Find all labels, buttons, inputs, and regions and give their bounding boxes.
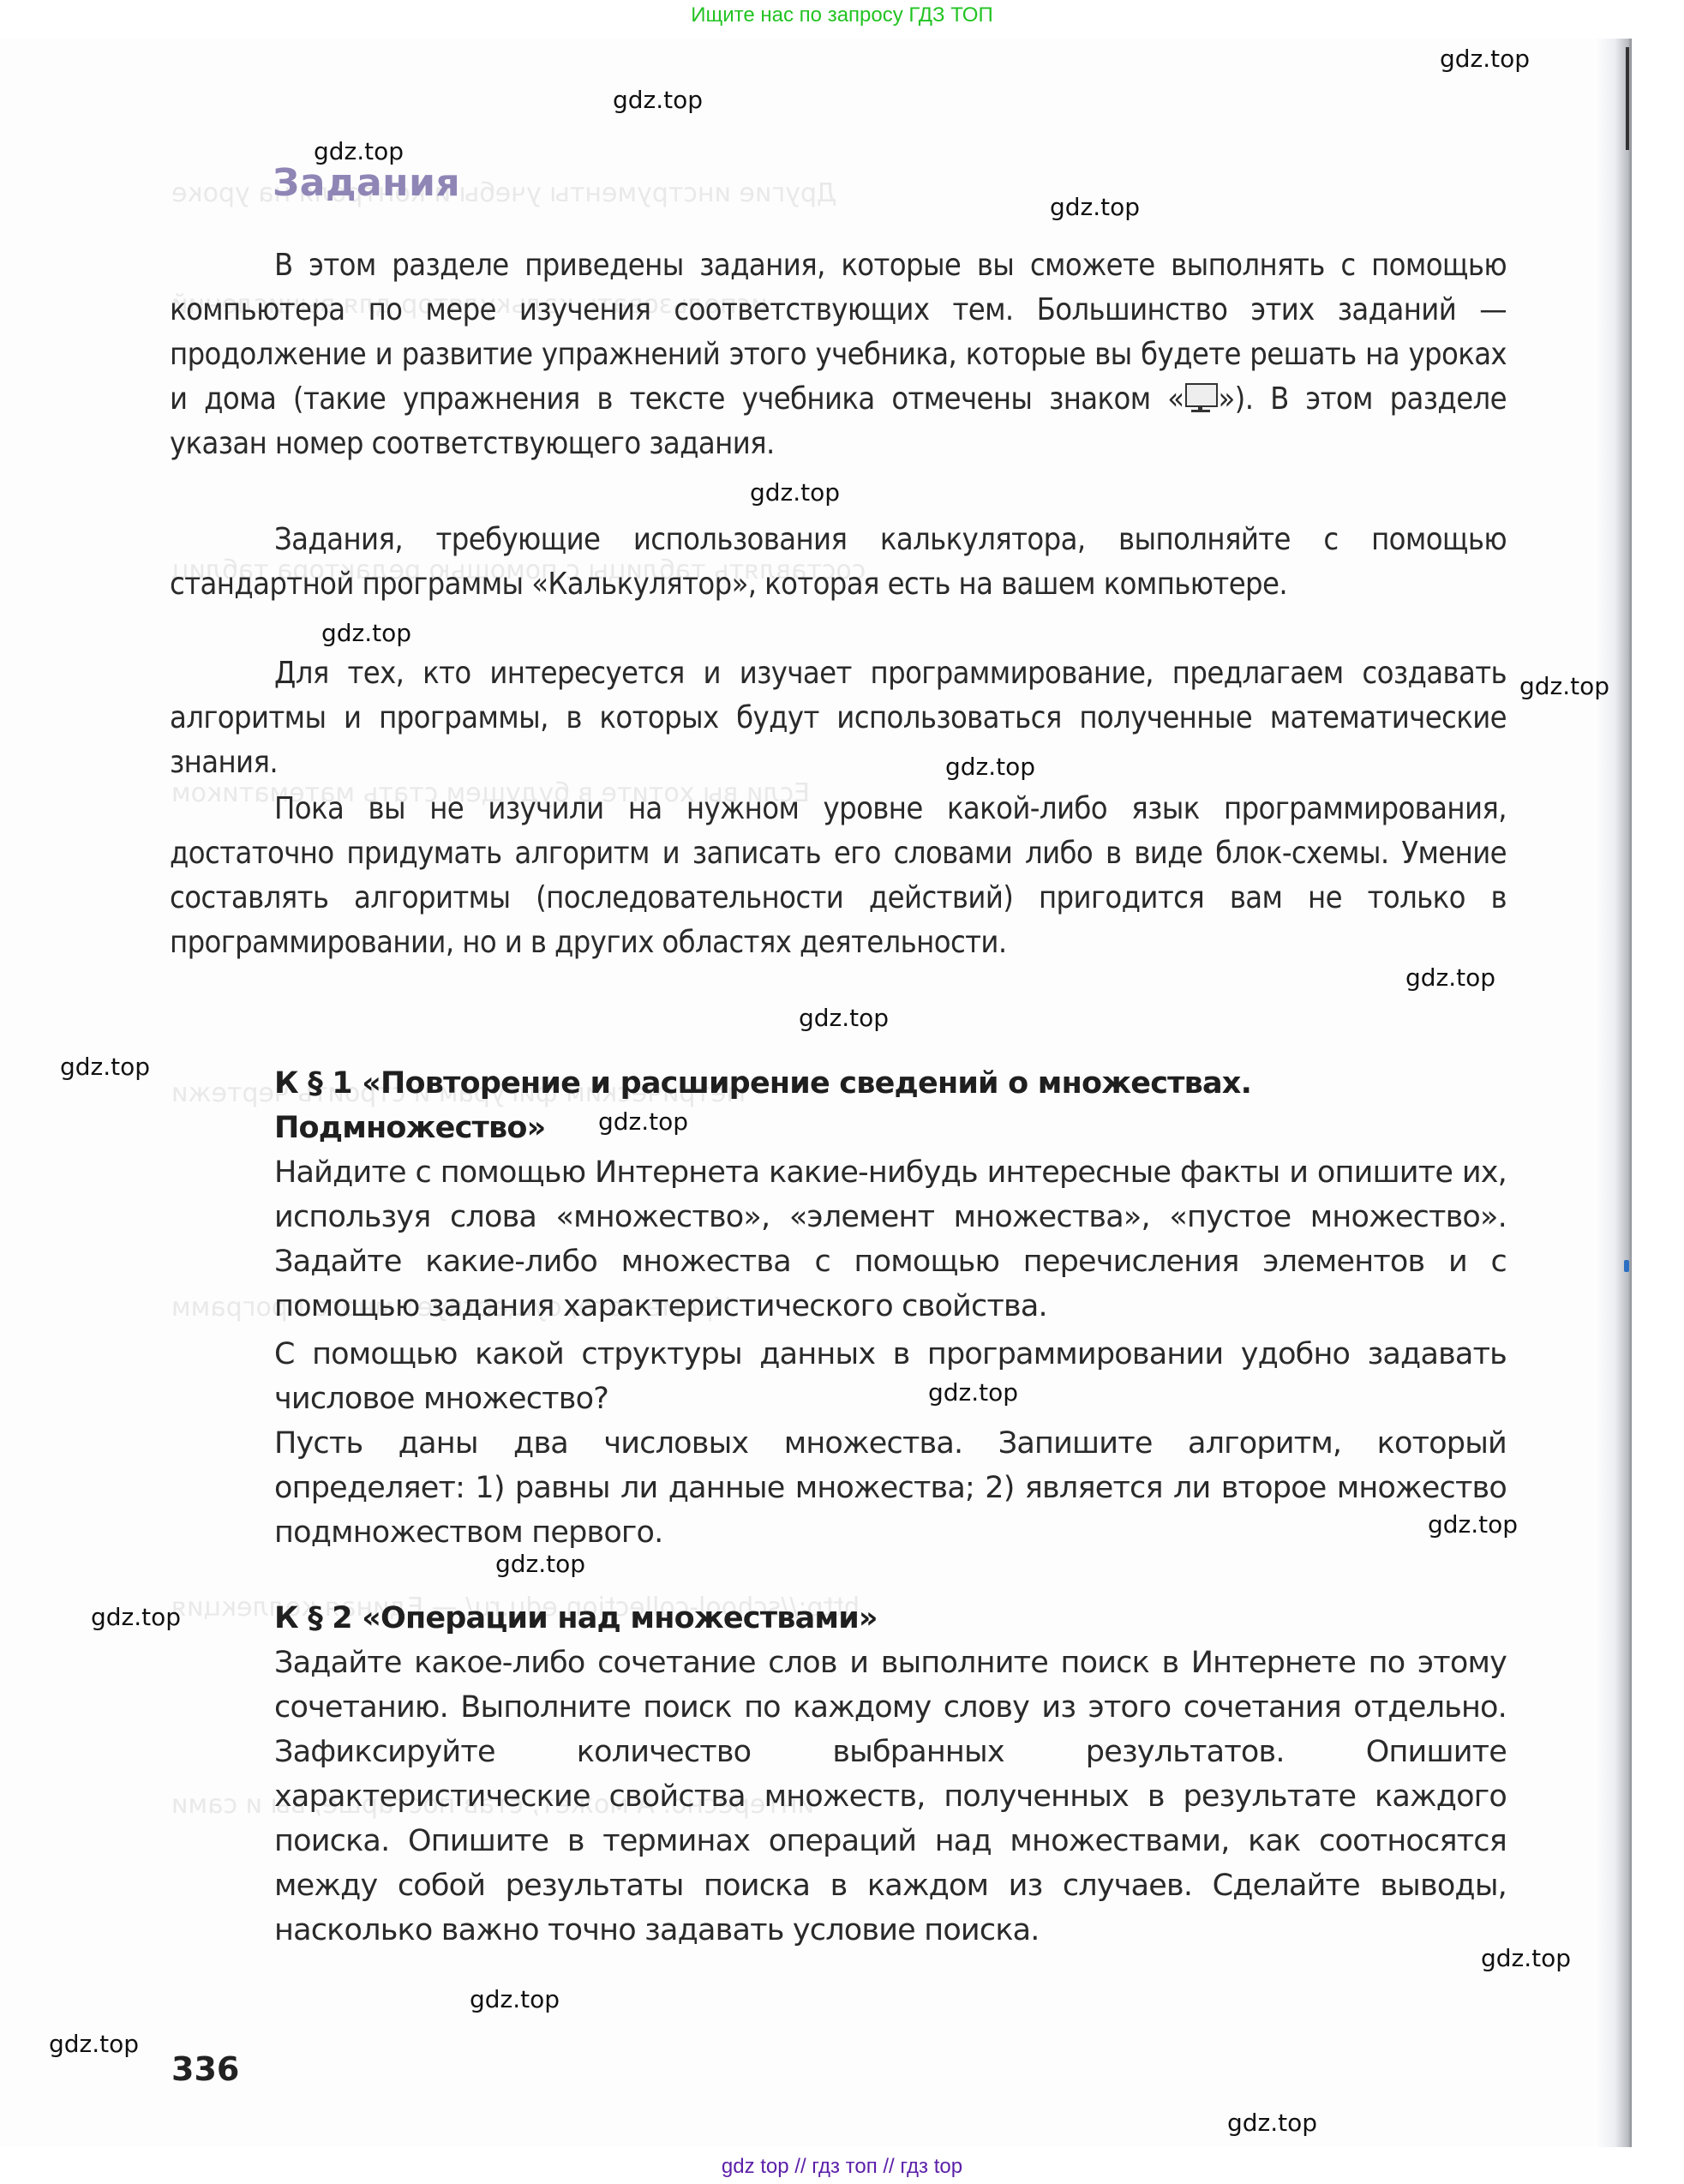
section-1-title: К § 1 «Повторение и расширение сведений … — [274, 1061, 1507, 1150]
page-edge-blue-mark — [1624, 1260, 1629, 1272]
watermark: gdz.top — [1428, 1510, 1518, 1539]
watermark: gdz.top — [321, 619, 411, 647]
watermark: gdz.top — [598, 1107, 688, 1136]
watermark: gdz.top — [314, 137, 404, 165]
watermark: gdz.top — [799, 1004, 889, 1032]
watermark: gdz.top — [750, 478, 840, 507]
section-1-task-2: С помощью какой структуры данных в прогр… — [274, 1332, 1507, 1421]
intro-paragraph-4-text: Пока вы не изучили на нужном уровне како… — [170, 791, 1507, 960]
section-2-title: К § 2 «Операции над множествами» — [274, 1596, 1507, 1641]
watermark: gdz.top — [1405, 963, 1495, 992]
watermark: gdz.top — [49, 2030, 139, 2058]
top-banner: Ищите нас по запросу ГДЗ ТОП — [0, 3, 1684, 27]
page-edge-mark — [1626, 47, 1629, 150]
watermark: gdz.top — [945, 753, 1035, 781]
section-heading: Задания — [273, 161, 460, 205]
intro-paragraph-2: Задания, требующие использования калькул… — [170, 518, 1507, 607]
section-2-task-1: Задайте какое-либо сочетание слов и выпо… — [274, 1641, 1507, 1953]
bottom-banner: gdz top // гдз топ // гдз top — [0, 2155, 1684, 2179]
watermark: gdz.top — [91, 1603, 181, 1631]
show-through-text: Другие инструменты учебы и контроля на у… — [171, 171, 836, 216]
watermark: gdz.top — [613, 86, 703, 114]
intro-paragraph-3-text: Для тех, кто интересуется и изучает прог… — [170, 656, 1507, 780]
intro-paragraph-2-text: Задания, требующие использования калькул… — [170, 522, 1507, 602]
page-number: 336 — [171, 2050, 239, 2088]
watermark: gdz.top — [1481, 1944, 1571, 1972]
intro-paragraph-4: Пока вы не изучили на нужном уровне како… — [170, 787, 1507, 965]
watermark: gdz.top — [470, 1985, 560, 2013]
section-1-task-3: Пусть даны два числовых множества. Запиш… — [274, 1421, 1507, 1555]
watermark: gdz.top — [1519, 672, 1609, 700]
watermark: gdz.top — [1050, 193, 1140, 221]
watermark: gdz.top — [495, 1550, 585, 1578]
watermark: gdz.top — [1440, 45, 1530, 73]
watermark: gdz.top — [928, 1378, 1018, 1407]
page-spine-shadow — [1594, 39, 1632, 2147]
section-1-task-1: Найдите с помощью Интернета какие-нибудь… — [274, 1150, 1507, 1329]
intro-paragraph-3: Для тех, кто интересуется и изучает прог… — [170, 651, 1507, 785]
intro-paragraph-1: В этом разделе приведены задания, которы… — [170, 243, 1507, 466]
monitor-icon — [1184, 383, 1218, 412]
watermark: gdz.top — [60, 1053, 150, 1081]
watermark: gdz.top — [1227, 2109, 1317, 2137]
